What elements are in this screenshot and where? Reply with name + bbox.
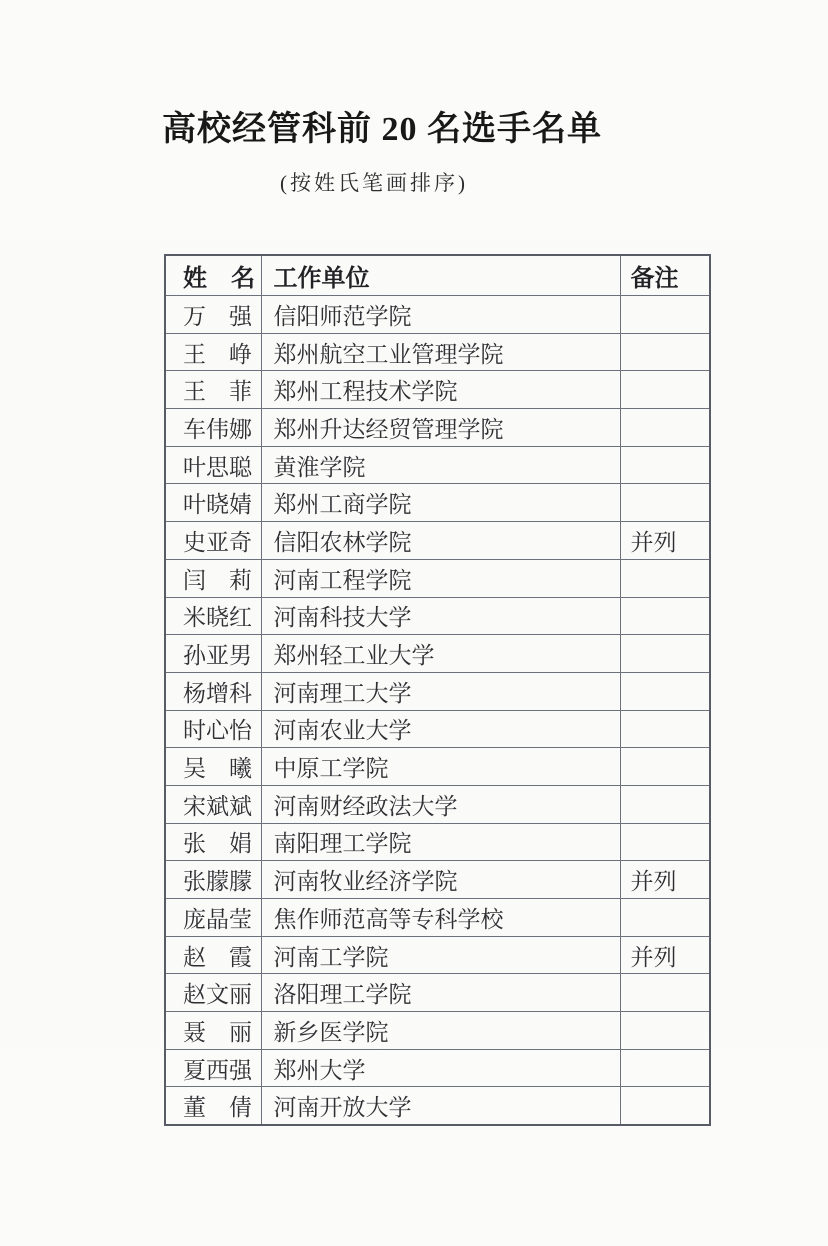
roster-table-body: 万 强 信阳师范学院 王 峥 郑州航空工业管理学院 王 菲 郑州工程技术学院 车… [165,296,710,1126]
name-cell: 夏西强 [165,1049,261,1087]
unit-cell: 中原工学院 [261,748,620,786]
table-row: 宋斌斌 河南财经政法大学 [165,785,710,823]
page-subtitle: (按姓氏笔画排序) [0,167,748,197]
name-cell: 宋斌斌 [165,785,261,823]
note-cell [620,710,710,748]
note-cell [620,1087,710,1125]
table-row: 万 强 信阳师范学院 [165,296,710,334]
name-cell: 米晓红 [165,597,261,635]
header-row: 姓 名 工作单位 备注 [165,255,710,296]
header-unit: 工作单位 [261,255,620,296]
name-cell: 闫 莉 [165,559,261,597]
note-cell [620,371,710,409]
name-cell: 时心怡 [165,710,261,748]
note-cell [620,446,710,484]
note-cell [620,559,710,597]
unit-cell: 洛阳理工学院 [261,974,620,1012]
unit-cell: 河南工学院 [261,936,620,974]
note-cell [620,899,710,937]
note-cell [620,333,710,371]
unit-cell: 河南开放大学 [261,1087,620,1125]
unit-cell: 郑州工商学院 [261,484,620,522]
unit-cell: 河南理工大学 [261,672,620,710]
table-row: 米晓红 河南科技大学 [165,597,710,635]
unit-cell: 郑州工程技术学院 [261,371,620,409]
name-cell: 赵 霞 [165,936,261,974]
roster-table-container: 姓 名 工作单位 备注 万 强 信阳师范学院 王 峥 郑州航空工业管理学院 王 … [164,254,711,1126]
table-row: 赵文丽 洛阳理工学院 [165,974,710,1012]
table-row: 杨增科 河南理工大学 [165,672,710,710]
note-cell [620,409,710,447]
table-row: 吴 曦 中原工学院 [165,748,710,786]
table-row: 张朦朦 河南牧业经济学院 并列 [165,861,710,899]
note-cell: 并列 [620,522,710,560]
note-cell [620,974,710,1012]
unit-cell: 南阳理工学院 [261,823,620,861]
unit-cell: 信阳农林学院 [261,522,620,560]
table-row: 庞晶莹 焦作师范高等专科学校 [165,899,710,937]
note-cell [620,785,710,823]
note-cell: 并列 [620,861,710,899]
unit-cell: 郑州轻工业大学 [261,635,620,673]
scanned-document-page: { "page": { "title": "高校经管科前 20 名选手名单", … [0,0,828,1246]
name-cell: 聂 丽 [165,1012,261,1050]
roster-table: 姓 名 工作单位 备注 万 强 信阳师范学院 王 峥 郑州航空工业管理学院 王 … [164,254,711,1126]
note-cell: 并列 [620,936,710,974]
name-cell: 叶思聪 [165,446,261,484]
table-row: 孙亚男 郑州轻工业大学 [165,635,710,673]
note-cell [620,635,710,673]
name-cell: 王 峥 [165,333,261,371]
unit-cell: 河南农业大学 [261,710,620,748]
table-row: 闫 莉 河南工程学院 [165,559,710,597]
unit-cell: 郑州大学 [261,1049,620,1087]
name-cell: 杨增科 [165,672,261,710]
name-cell: 车伟娜 [165,409,261,447]
table-row: 张 娟 南阳理工学院 [165,823,710,861]
name-cell: 万 强 [165,296,261,334]
note-cell [620,296,710,334]
name-cell: 庞晶莹 [165,899,261,937]
unit-cell: 焦作师范高等专科学校 [261,899,620,937]
unit-cell: 黄淮学院 [261,446,620,484]
unit-cell: 郑州升达经贸管理学院 [261,409,620,447]
note-cell [620,672,710,710]
note-cell [620,1012,710,1050]
name-cell: 张 娟 [165,823,261,861]
note-cell [620,1049,710,1087]
name-cell: 赵文丽 [165,974,261,1012]
name-cell: 孙亚男 [165,635,261,673]
table-row: 王 峥 郑州航空工业管理学院 [165,333,710,371]
name-cell: 史亚奇 [165,522,261,560]
unit-cell: 河南财经政法大学 [261,785,620,823]
note-cell [620,597,710,635]
name-cell: 王 菲 [165,371,261,409]
unit-cell: 新乡医学院 [261,1012,620,1050]
table-row: 赵 霞 河南工学院 并列 [165,936,710,974]
name-cell: 董 倩 [165,1087,261,1125]
name-cell: 张朦朦 [165,861,261,899]
table-row: 史亚奇 信阳农林学院 并列 [165,522,710,560]
header-note: 备注 [620,255,710,296]
page-title: 高校经管科前 20 名选手名单 [0,101,764,150]
table-row: 车伟娜 郑州升达经贸管理学院 [165,409,710,447]
roster-table-header: 姓 名 工作单位 备注 [165,255,710,296]
unit-cell: 河南牧业经济学院 [261,861,620,899]
table-row: 叶思聪 黄淮学院 [165,446,710,484]
name-cell: 吴 曦 [165,748,261,786]
table-row: 王 菲 郑州工程技术学院 [165,371,710,409]
note-cell [620,823,710,861]
table-row: 聂 丽 新乡医学院 [165,1012,710,1050]
unit-cell: 河南工程学院 [261,559,620,597]
note-cell [620,484,710,522]
table-row: 叶晓婧 郑州工商学院 [165,484,710,522]
header-name: 姓 名 [165,255,261,296]
unit-cell: 河南科技大学 [261,597,620,635]
unit-cell: 信阳师范学院 [261,296,620,334]
name-cell: 叶晓婧 [165,484,261,522]
table-row: 时心怡 河南农业大学 [165,710,710,748]
table-row: 夏西强 郑州大学 [165,1049,710,1087]
unit-cell: 郑州航空工业管理学院 [261,333,620,371]
table-row: 董 倩 河南开放大学 [165,1087,710,1125]
note-cell [620,748,710,786]
